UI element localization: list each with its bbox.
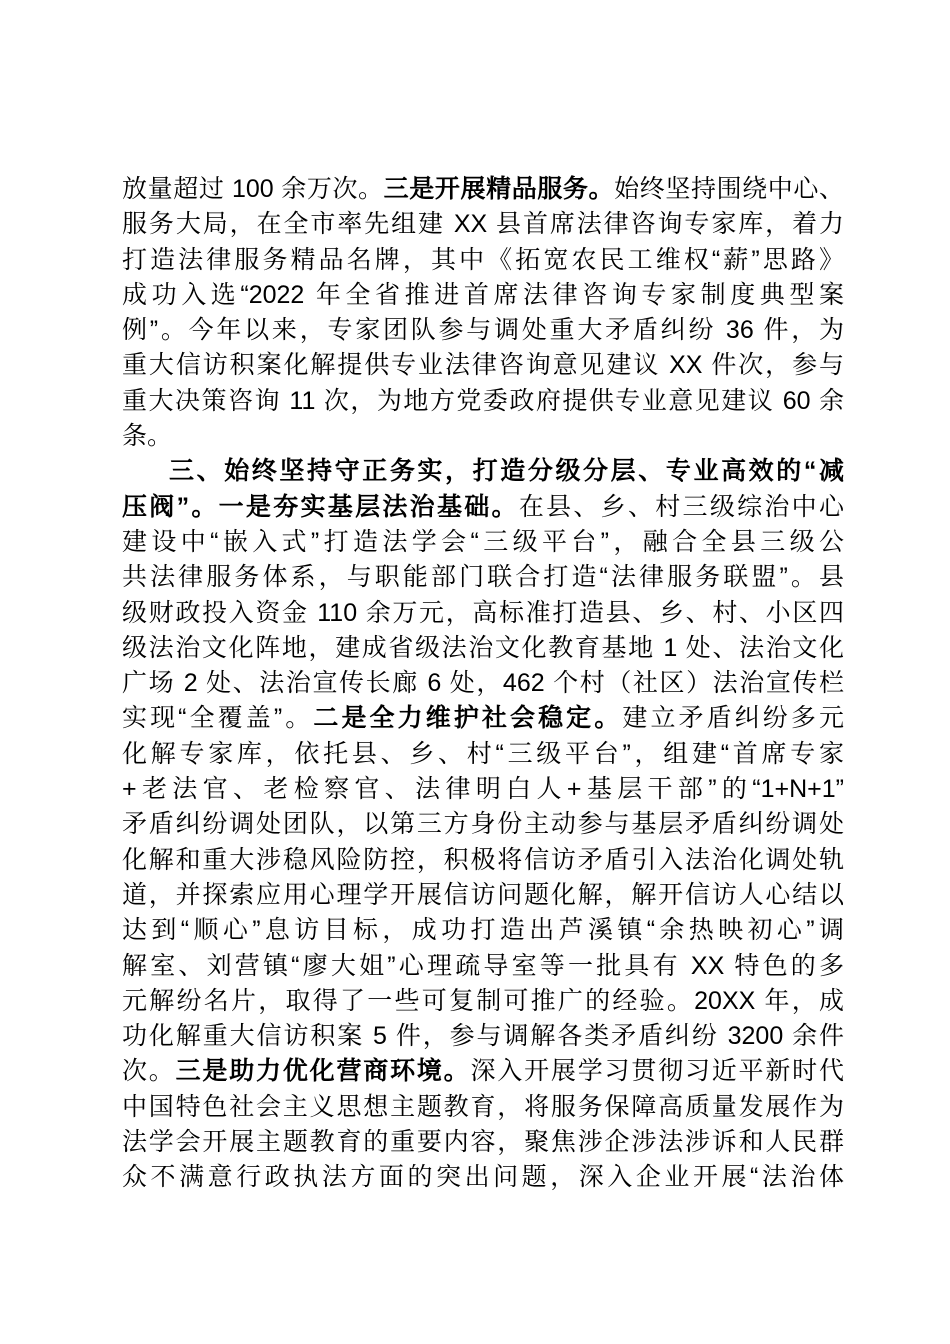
bold-text-segment: 三是助力优化营商环境。 <box>176 1057 471 1085</box>
text-line: 级法治文化阵地，建成省级法治文化教育基地 1 处、法治文化 <box>122 631 844 666</box>
text-line: 条。 <box>122 419 844 454</box>
text-line: 服务大局，在全市率先组建 XX 县首席法律咨询专家库，着力 <box>122 207 844 242</box>
text-line: 广场 2 处、法治宣传长廊 6 处，462 个村（社区）法治宣传栏 <box>122 666 844 701</box>
text-segment: 矛盾纠纷调处团队，以第三方身份主动参与基层矛盾纠纷调处 <box>122 810 844 838</box>
text-segment: 广场 2 处、法治宣传长廊 6 处，462 个村（社区）法治宣传栏 <box>122 669 844 697</box>
text-segment: 级财政投入资金 110 余万元，高标准打造县、乡、村、小区四 <box>122 599 844 627</box>
bold-text-segment: 压阀”。一是夯实基层法治基础。 <box>122 493 519 521</box>
text-line: +老法官、老检察官、法律明白人+基层干部”的“1+N+1” <box>122 772 844 807</box>
text-line: 化解和重大涉稳风险防控，积极将信访矛盾引入法治化调处轨 <box>122 843 844 878</box>
text-segment: 众不满意行政执法方面的突出问题，深入企业开展“法治体 <box>122 1163 844 1191</box>
text-line: 道，并探索应用心理学开展信访问题化解，解开信访人心结以 <box>122 878 844 913</box>
text-segment: 道，并探索应用心理学开展信访问题化解，解开信访人心结以 <box>122 881 844 909</box>
text-line: 解室、刘营镇“廖大姐”心理疏导室等一批具有 XX 特色的多 <box>122 949 844 984</box>
bold-text-segment: 三是开展精品服务。 <box>384 175 614 203</box>
text-segment: 例”。今年以来，专家团队参与调处重大矛盾纠纷 36 件，为 <box>122 316 844 344</box>
text-segment: 服务大局，在全市率先组建 XX 县首席法律咨询专家库，着力 <box>122 210 844 238</box>
text-line: 级财政投入资金 110 余万元，高标准打造县、乡、村、小区四 <box>122 596 844 631</box>
text-line: 压阀”。一是夯实基层法治基础。在县、乡、村三级综治中心 <box>122 490 844 525</box>
text-segment: 解室、刘营镇“廖大姐”心理疏导室等一批具有 XX 特色的多 <box>122 952 844 980</box>
text-segment: 深入开展学习贯彻习近平新时代 <box>471 1057 844 1085</box>
text-line: 次。三是助力优化营商环境。深入开展学习贯彻习近平新时代 <box>122 1054 844 1089</box>
text-segment: 达到“顺心”息访目标，成功打造出芦溪镇“余热映初心”调 <box>122 916 844 944</box>
text-segment: 条。 <box>122 422 172 450</box>
text-segment: 建设中“嵌入式”打造法学会“三级平台”，融合全县三级公 <box>122 528 844 556</box>
document-page: 放量超过 100 余万次。三是开展精品服务。始终坚持围绕中心、服务大局，在全市率… <box>0 0 950 1344</box>
text-segment: 重大决策咨询 11 次，为地方党委政府提供专业意见建议 60 余 <box>122 387 844 415</box>
text-line: 重大信访积案化解提供专业法律咨询意见建议 XX 件次，参与 <box>122 348 844 383</box>
text-line: 成功入选“2022 年全省推进首席法律咨询专家制度典型案 <box>122 278 844 313</box>
text-line: 重大决策咨询 11 次，为地方党委政府提供专业意见建议 60 余 <box>122 384 844 419</box>
text-line: 众不满意行政执法方面的突出问题，深入企业开展“法治体 <box>122 1160 844 1195</box>
bold-text-segment: 三、始终坚持守正务实，打造分级分层、专业高效的“减 <box>169 457 844 485</box>
text-segment: 次。 <box>122 1057 176 1085</box>
text-segment: 元解纷名片，取得了一些可复制可推广的经验。20XX 年，成 <box>122 987 844 1015</box>
document-body: 放量超过 100 余万次。三是开展精品服务。始终坚持围绕中心、服务大局，在全市率… <box>122 172 844 1196</box>
text-segment: 重大信访积案化解提供专业法律咨询意见建议 XX 件次，参与 <box>122 351 844 379</box>
text-segment: 实现“全覆盖”。 <box>122 704 313 732</box>
text-line: 达到“顺心”息访目标，成功打造出芦溪镇“余热映初心”调 <box>122 913 844 948</box>
text-line: 放量超过 100 余万次。三是开展精品服务。始终坚持围绕中心、 <box>122 172 844 207</box>
text-segment: 中国特色社会主义思想主题教育，将服务保障高质量发展作为 <box>122 1093 844 1121</box>
text-line: 实现“全覆盖”。二是全力维护社会稳定。建立矛盾纠纷多元 <box>122 701 844 736</box>
text-line: 中国特色社会主义思想主题教育，将服务保障高质量发展作为 <box>122 1090 844 1125</box>
text-segment: 法学会开展主题教育的重要内容，聚焦涉企涉法涉诉和人民群 <box>122 1128 844 1156</box>
text-line: 元解纷名片，取得了一些可复制可推广的经验。20XX 年，成 <box>122 984 844 1019</box>
text-line: 三、始终坚持守正务实，打造分级分层、专业高效的“减 <box>122 454 844 489</box>
text-segment: 共法律服务体系，与职能部门联合打造“法律服务联盟”。县 <box>122 563 844 591</box>
text-segment: 建立矛盾纠纷多元 <box>622 704 844 732</box>
text-line: 化解专家库，依托县、乡、村“三级平台”，组建“首席专家 <box>122 737 844 772</box>
text-line: 建设中“嵌入式”打造法学会“三级平台”，融合全县三级公 <box>122 525 844 560</box>
text-segment: 化解和重大涉稳风险防控，积极将信访矛盾引入法治化调处轨 <box>122 846 844 874</box>
text-line: 法学会开展主题教育的重要内容，聚焦涉企涉法涉诉和人民群 <box>122 1125 844 1160</box>
bold-text-segment: 二是全力维护社会稳定。 <box>313 704 622 732</box>
text-line: 共法律服务体系，与职能部门联合打造“法律服务联盟”。县 <box>122 560 844 595</box>
text-line: 打造法律服务精品名牌，其中《拓宽农民工维权“薪”思路》 <box>122 243 844 278</box>
text-segment: 成功入选“2022 年全省推进首席法律咨询专家制度典型案 <box>122 281 844 309</box>
paragraph-continuation: 放量超过 100 余万次。三是开展精品服务。始终坚持围绕中心、服务大局，在全市率… <box>122 172 844 454</box>
text-line: 例”。今年以来，专家团队参与调处重大矛盾纠纷 36 件，为 <box>122 313 844 348</box>
text-segment: 在县、乡、村三级综治中心 <box>519 493 844 521</box>
text-segment: +老法官、老检察官、法律明白人+基层干部”的“1+N+1” <box>122 775 844 803</box>
text-segment: 放量超过 100 余万次。 <box>122 175 384 203</box>
text-segment: 始终坚持围绕中心、 <box>614 175 844 203</box>
text-segment: 功化解重大信访积案 5 件，参与调解各类矛盾纠纷 3200 余件 <box>122 1022 844 1050</box>
text-line: 功化解重大信访积案 5 件，参与调解各类矛盾纠纷 3200 余件 <box>122 1019 844 1054</box>
text-segment: 级法治文化阵地，建成省级法治文化教育基地 1 处、法治文化 <box>122 634 844 662</box>
paragraph-section-three: 三、始终坚持守正务实，打造分级分层、专业高效的“减压阀”。一是夯实基层法治基础。… <box>122 454 844 1195</box>
text-line: 矛盾纠纷调处团队，以第三方身份主动参与基层矛盾纠纷调处 <box>122 807 844 842</box>
text-segment: 打造法律服务精品名牌，其中《拓宽农民工维权“薪”思路》 <box>122 246 844 274</box>
text-segment: 化解专家库，依托县、乡、村“三级平台”，组建“首席专家 <box>122 740 844 768</box>
